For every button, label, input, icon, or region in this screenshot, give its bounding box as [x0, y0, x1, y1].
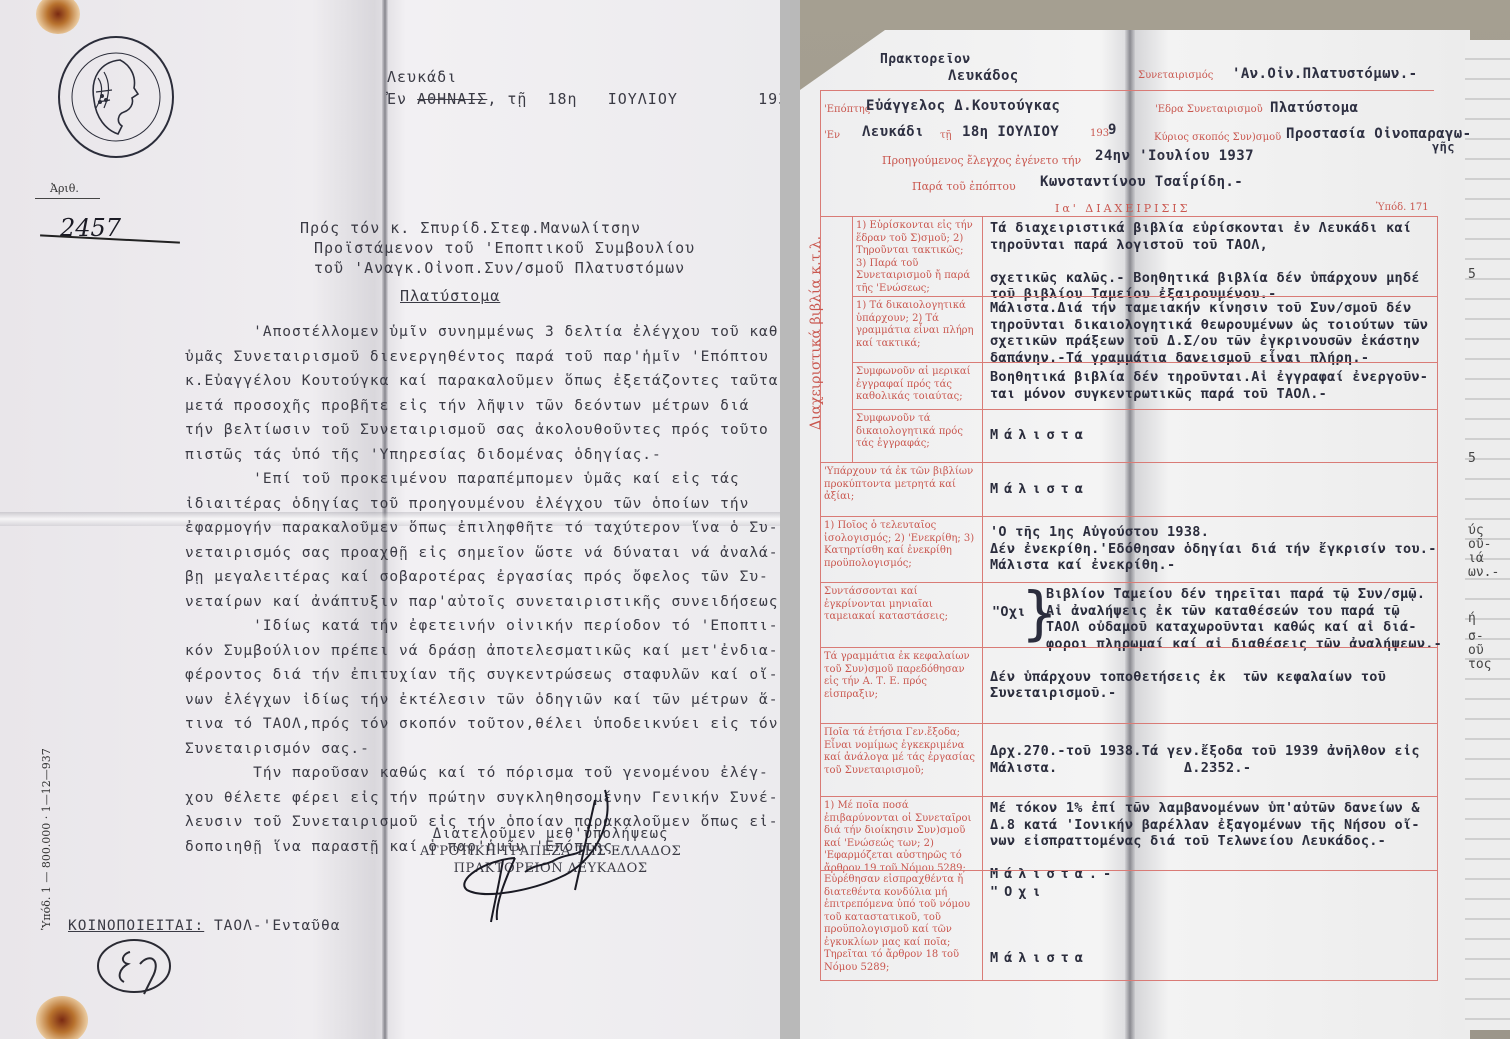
- answer-line: 'Ο τῆς 1ης Αὐγούστου 1938.: [990, 524, 1437, 541]
- row-rule: [820, 582, 1438, 583]
- answer-line: τηροῦνται δικαιολογητικά θεωρουμένων ὡς …: [990, 317, 1428, 334]
- table-bottom-rule: [820, 980, 1438, 981]
- side-label: Διαχειριστικά βιβλία κ.τ.λ.: [808, 236, 824, 430]
- table-left-rule: [820, 90, 821, 980]
- margin-fragment: ύς οῦ- ιά ων.-: [1468, 524, 1499, 580]
- answer-prefix: "Οχι: [992, 604, 1026, 621]
- body-line: Συνεταιρισμόν σας.-: [185, 737, 780, 762]
- inspector-value: Εὐάγγελος Δ.Κουτούγκας: [866, 98, 1060, 114]
- answer-line: [990, 253, 1420, 270]
- margin-fragment: σ- οῦ τος: [1468, 630, 1491, 672]
- section-title: Ια' ΔΙΑΧΕΙΡΙΣΙΣ: [1055, 202, 1190, 215]
- date-label: τῇ: [940, 130, 952, 141]
- year-prefix: 193: [1090, 128, 1109, 139]
- date-value: 18η ΙΟΥΛΙΟΥ: [962, 124, 1059, 140]
- answer-line: Συνεταιρισμοῦ.-: [990, 685, 1386, 702]
- answer-line: Αἱ ἀναλήψεις ἐκ τῶν καταθέσεών του παρά …: [1046, 603, 1442, 620]
- row-question: Τά γραμμάτια ἐκ κεφαλαίων τοῦ Συν)σμοῦ π…: [824, 651, 976, 701]
- margin-fragment: 5: [1468, 268, 1476, 282]
- letter-body: 'Αποστέλλομεν ὑμῖν συνημμένως 3 δελτία ἐ…: [185, 320, 780, 859]
- row-question: 1) Μέ ποῖα ποσά ἐπιβαρύνονται οἱ Συνεταῖ…: [824, 800, 976, 875]
- row-answer: Δέν ὑπάρχουν τοποθετήσεις ἐκ τῶν κεφαλαί…: [990, 669, 1386, 702]
- answer-line: Μάλιστα.-: [990, 866, 1420, 883]
- body-line: νεταιρισμός σας προαχθῇ εἰς σημεῖον ὥστε…: [185, 541, 780, 566]
- answer-line: [990, 933, 1089, 950]
- body-line: μετά προσοχῆς προβῆτε εἰς τήν λῆψιν τῶν …: [185, 394, 780, 419]
- row-rule: [820, 796, 1438, 797]
- row-question: Συμφωνοῦν αἱ μερικαί ἐγγραφαί πρός τάς κ…: [856, 366, 976, 404]
- row-rule: [820, 870, 1438, 871]
- place-label: 'Εν: [824, 130, 840, 141]
- letter-place: Λευκάδι: [387, 68, 457, 86]
- row-rule: [852, 296, 1438, 297]
- prev-check-value: 24ην 'Ιουλίου 1937: [1095, 148, 1254, 164]
- answer-line: "Οχι: [990, 884, 1089, 901]
- row-rule: [820, 647, 1438, 648]
- date-article: τῇ: [507, 90, 527, 108]
- row-question: Εὑρέθησαν εἰσπραχθέντα ἤ διατεθέντα κονδ…: [824, 874, 976, 974]
- answer-line: Δέν ὑπάρχουν τοποθετήσεις ἐκ τῶν κεφαλαί…: [990, 669, 1386, 686]
- header-rule: [820, 90, 1434, 91]
- answer-line: ται μόνον συγκεντρωτικῶς παρά τοῦ ΤΑΟΛ.-: [990, 386, 1428, 403]
- recipient-line: τοῦ 'Αναγκ.Οἰνοπ.Συν/σμοῦ Πλατυστόμων: [300, 258, 695, 278]
- answer-line: Βοηθητικά βιβλία δέν τηροῦνται.Αἱ ἐγγραφ…: [990, 369, 1428, 386]
- row-question: Ποῖα τά ἐτήσια Γεν.ἔξοδα; Εἶναι νομίμως …: [824, 727, 976, 777]
- side-column-rule: [852, 216, 853, 462]
- letter-date: Ἐν ΑΘΗΝΑΙΣ, τῇ 18η ΙΟΥΛΙΟΥ 193 9: [387, 90, 780, 108]
- print-code: Ὑπόδ. 1 — 800.000 · 1—12—937: [40, 748, 53, 930]
- date-year: 193 9: [758, 90, 780, 108]
- row-answer: 'Ο τῆς 1ης Αὐγούστου 1938.Δέν ἐνεκρίθη.'…: [990, 524, 1437, 574]
- answer-line: δαπάνην.-Τά γραμμάτια δανεισμοῦ εἶναι πλ…: [990, 350, 1428, 367]
- body-line: ἰδιαιτέρας ὁδηγίας τοῦ προηγουμένου ἐλέγ…: [185, 492, 780, 517]
- answer-line: Μάλιστα: [990, 427, 1089, 444]
- answer-line: Μάλιστα: [990, 950, 1089, 967]
- answer-line: Μέ τόκον 1% ἐπί τῶν λαμβανομένων ὑπ'αὐτῶ…: [990, 800, 1420, 817]
- date-prefix: Ἐν: [387, 90, 407, 108]
- purpose-value-cont: γῆς: [1432, 140, 1455, 154]
- answer-line: σχετικῶς καλῶς.- Βοηθητικά βιβλία δέν ὑπ…: [990, 270, 1420, 287]
- row-rule: [820, 516, 1438, 517]
- body-line: 'Επί τοῦ προκειμένου παραπέμπομεν ὑμᾶς κ…: [185, 467, 780, 492]
- answer-line: Μάλιστα: [990, 481, 1089, 498]
- body-line: τήν βελτίωσιν τοῦ Συνεταιρισμοῦ σας ἀκολ…: [185, 418, 780, 443]
- praktoreion-value: Λευκάδος: [948, 68, 1019, 84]
- seat-value: Πλατύστομα: [1270, 100, 1358, 116]
- date-day: 18η: [548, 90, 578, 108]
- margin-fragment: 5: [1468, 452, 1476, 466]
- answer-line: Τά διαχειριστικά βιβλία εὑρίσκονται ἐν Λ…: [990, 220, 1420, 237]
- answer-line: ΤΑΟΛ οὐδαμοῦ καταχωροῦνται καθώς καί αἱ …: [1046, 619, 1442, 636]
- recipient-block: Πρός τόν κ. Σπυρίδ.Στεφ.Μανωλίτσην Προϊσ…: [300, 218, 695, 306]
- question-column-rule: [982, 216, 983, 980]
- cc-value: ΤΑΟΛ-'Ενταῦθα: [214, 918, 341, 934]
- model-reference: Ὑπόδ. 171: [1376, 202, 1429, 213]
- year-digit: 9: [1108, 122, 1117, 138]
- answer-line: τηροῦνται παρά λογιστοῦ τοῦ ΤΑΟΛ,: [990, 237, 1420, 254]
- row-answer: Βοηθητικά βιβλία δέν τηροῦνται.Αἱ ἐγγραφ…: [990, 369, 1428, 402]
- row-answer: Μάλιστα: [990, 481, 1089, 498]
- body-line: πιστῶς τάς ὑπό τῆς 'Υπηρεσίας διδομένας …: [185, 443, 780, 468]
- handwritten-signature-icon: [455, 780, 655, 930]
- coop-value: 'Αν.Οἰν.Πλατυστόμων.-: [1232, 66, 1417, 82]
- row-answer: Μάλιστα.Διά τήν ταμειακήν κίνησιν τοῦ Συ…: [990, 300, 1428, 366]
- date-month: ΙΟΥΛΙΟΥ: [608, 90, 678, 108]
- place-value: Λευκάδι: [862, 124, 924, 140]
- purpose-label: Κύριος σκοπός Συν)σμοῦ: [1154, 132, 1281, 143]
- row-question: 'Υπάρχουν τά ἐκ τῶν βιβλίων προκύπτοντα …: [824, 466, 976, 504]
- row-rule: [820, 723, 1438, 724]
- protocol-label: Ἀριθ.: [50, 182, 79, 195]
- row-answer: Δρχ.270.-τοῦ 1938.Τά γεν.ἔξοδα τοῦ 1939 …: [990, 743, 1420, 776]
- image-separator: [780, 0, 800, 1039]
- row-answer: Τά διαχειριστικά βιβλία εὑρίσκονται ἐν Λ…: [990, 220, 1420, 303]
- answer-line: [990, 917, 1089, 934]
- answer-line: φοροι πληρωμαί καί αἱ διαθέσεις τῶν ἀναλ…: [1046, 636, 1442, 653]
- body-line: νεταίρων καί ἀνάπτυξιν παρ'αὐτοῖς συνετα…: [185, 590, 780, 615]
- inspector-label: 'Επόπτης: [824, 104, 870, 115]
- answer-line: [990, 850, 1420, 867]
- margin-fragment: ή: [1468, 612, 1476, 626]
- body-line: τινα τό ΤΑΟΛ,πρός τόν σκοπόν τοῦτον,θέλε…: [185, 712, 780, 737]
- prev-inspector-label: Παρά τοῦ ἐπόπτου: [912, 180, 1016, 193]
- recipient-city: Πλατύστομα: [300, 286, 695, 306]
- row-answer: "Οχι Μάλιστα: [990, 884, 1089, 967]
- answer-line: Μάλιστα. Δ.2352.-: [990, 760, 1420, 777]
- row-question: 1) Εὑρίσκονται εἰς τήν ἕδραν τοῦ Σ)σμοῦ;…: [856, 220, 976, 295]
- answer-line: σχετικῶν πράξεων τοῦ Δ.Σ/ου τῶν ἐγκρινου…: [990, 333, 1428, 350]
- prev-inspector-value: Κωνσταντίνου Τσαΐρίδη.-: [1040, 174, 1243, 190]
- answer-line: [990, 900, 1089, 917]
- answer-line: Δ.8 κατά 'Ιονικήν βαρέλλαν ἐξαγομένων τῆ…: [990, 817, 1420, 834]
- praktoreion-label: Πρακτορεῖον: [880, 52, 971, 67]
- answer-line: Δέν ἐνεκρίθη.'Εδόθησαν ὁδηγίαι διά τήν ἔ…: [990, 541, 1437, 558]
- letter-page: Ἀριθ. 2457 Λευκάδι Ἐν ΑΘΗΝΑΙΣ, τῇ 18η ΙΟ…: [0, 0, 780, 1039]
- answer-line: Δρχ.270.-τοῦ 1938.Τά γεν.ἔξοδα τοῦ 1939 …: [990, 743, 1420, 760]
- answer-line: Μάλιστα καί ἐνεκρίθη.-: [990, 557, 1437, 574]
- protocol-underline: [35, 198, 100, 199]
- seat-label: 'Εδρα Συνεταιρισμοῦ: [1155, 104, 1263, 115]
- date-struck-city: ΑΘΗΝΑΙΣ: [417, 90, 487, 108]
- rust-stain: [36, 996, 88, 1039]
- prev-check-label: Προηγούμενος ἔλεγχος ἐγένετο τήν: [882, 154, 1081, 167]
- row-rule: [852, 409, 1438, 410]
- table-top-rule: [820, 216, 1438, 217]
- body-line: κόν Συμβούλιον πρέπει νά δράσῃ ἀποτελεσμ…: [185, 639, 780, 664]
- coop-label: Συνεταιρισμός: [1138, 70, 1213, 81]
- body-line: ἐφαρμογήν παρακαλοῦμεν ὅπως ἐπιληφθῆτε τ…: [185, 516, 780, 541]
- body-line: κ.Εὐαγγέλου Κουτούγκα καί παρακαλοῦμεν ὅ…: [185, 369, 780, 394]
- row-question: Συμφωνοῦν τά δικαιολογητικά πρός τάς ἐγγ…: [856, 413, 976, 451]
- answer-line: Μάλιστα.Διά τήν ταμειακήν κίνησιν τοῦ Συ…: [990, 300, 1428, 317]
- row-answer: Μάλιστα: [990, 427, 1089, 444]
- recipient-line: Πρός τόν κ. Σπυρίδ.Στεφ.Μανωλίτσην: [300, 218, 695, 238]
- body-line: φέροντος διά τήν ἐπιτυχίαν τῆς συγκεντρώ…: [185, 663, 780, 688]
- row-answer: Βιβλίον Ταμείου δέν τηρεῖται παρά τῷ Συν…: [1046, 586, 1442, 652]
- body-line: 'Ιδίως κατά τήν ἐφετεινήν οἰνικήν περίοδ…: [185, 614, 780, 639]
- rust-stain: [36, 0, 80, 34]
- row-rule: [820, 462, 1438, 463]
- row-rule: [852, 362, 1438, 363]
- agricultural-bank-seal-icon: [58, 36, 174, 158]
- row-question: 1) Τά δικαιολογητικά ὑπάρχουν; 2) Τά γρα…: [856, 300, 976, 350]
- body-line: ὑμᾶς Συνεταιρισμοῦ διενεργηθέντος παρά τ…: [185, 345, 780, 370]
- answer-line: νων εἰσπραττομένας διά τοῦ Τελωνείου Λευ…: [990, 833, 1420, 850]
- circled-initials-icon: [92, 932, 182, 1012]
- recipient-line: Προϊστάμενον τοῦ 'Εποπτικοῦ Συμβουλίου: [300, 238, 695, 258]
- row-question: Συντάσσονται καί ἐγκρίνονται μηνιαῖαι τα…: [824, 586, 976, 624]
- row-question: 1) Ποῖος ὁ τελευταῖος ἰσολογισμός; 2) 'Ε…: [824, 520, 976, 570]
- body-line: νων ἐλέγχων ἰδίως τήν ἐκτέλεσιν τῶν ὁδηγ…: [185, 688, 780, 713]
- body-line: βῃ μεγαλειτέρας καί σοβαροτέρας ἐργασίας…: [185, 565, 780, 590]
- body-line: 'Αποστέλλομεν ὑμῖν συνημμένως 3 δελτία ἐ…: [185, 320, 780, 345]
- answer-line: Βιβλίον Ταμείου δέν τηρεῖται παρά τῷ Συν…: [1046, 586, 1442, 603]
